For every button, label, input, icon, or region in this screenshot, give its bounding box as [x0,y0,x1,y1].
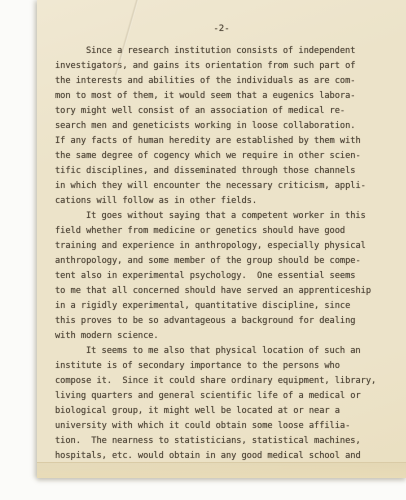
document-page: -2- Since a research institution consist… [37,0,406,478]
text-line: mon to most of them, it would seem that … [55,89,396,104]
text-line: tion. The nearness to statisticians, sta… [55,434,396,449]
text-line: anthropology, and some member of the gro… [55,254,396,269]
text-line: cations will follow as in other fields. [55,194,396,209]
text-line: tory might well consist of an associatio… [55,104,396,119]
text-line: to me that all concerned should have ser… [55,284,396,299]
document-body: Since a research institution consists of… [37,44,406,464]
text-line: investigators, and gains its orientation… [55,59,396,74]
text-line: in a rigidly experimental, quantitative … [55,299,396,314]
text-line: search men and geneticists working in lo… [55,119,396,134]
text-line: If any facts of human heredity are estab… [55,134,396,149]
text-line: tific disciplines, and disseminated thro… [55,164,396,179]
text-line: this proves to be so advantageous a back… [55,314,396,329]
text-line: biological group, it might well be locat… [55,404,396,419]
text-line: It seems to me also that physical locati… [55,344,396,359]
page-number: -2- [37,22,406,37]
scan-background: -2- Since a research institution consist… [0,0,406,500]
text-line: Since a research institution consists of… [55,44,396,59]
underlying-sheet-edge [37,462,406,478]
text-line: with modern science. [55,329,396,344]
text-line: institute is of secondary importance to … [55,359,396,374]
paragraph: It goes without saying that a competent … [55,209,396,344]
text-line: tent also in experimental psychology. On… [55,269,396,284]
text-line: university with which it could obtain so… [55,419,396,434]
text-line: the interests and abilities of the indiv… [55,74,396,89]
text-line: field whether from medicine or genetics … [55,224,396,239]
paragraph: It seems to me also that physical locati… [55,344,396,464]
paragraph: Since a research institution consists of… [55,44,396,209]
text-line: living quarters and general scientific l… [55,389,396,404]
text-line: in which they will encounter the necessa… [55,179,396,194]
text-line: training and experience in anthropology,… [55,239,396,254]
text-line: the same degree of cogency which we requ… [55,149,396,164]
text-line: It goes without saying that a competent … [55,209,396,224]
text-line: compose it. Since it could share ordinar… [55,374,396,389]
